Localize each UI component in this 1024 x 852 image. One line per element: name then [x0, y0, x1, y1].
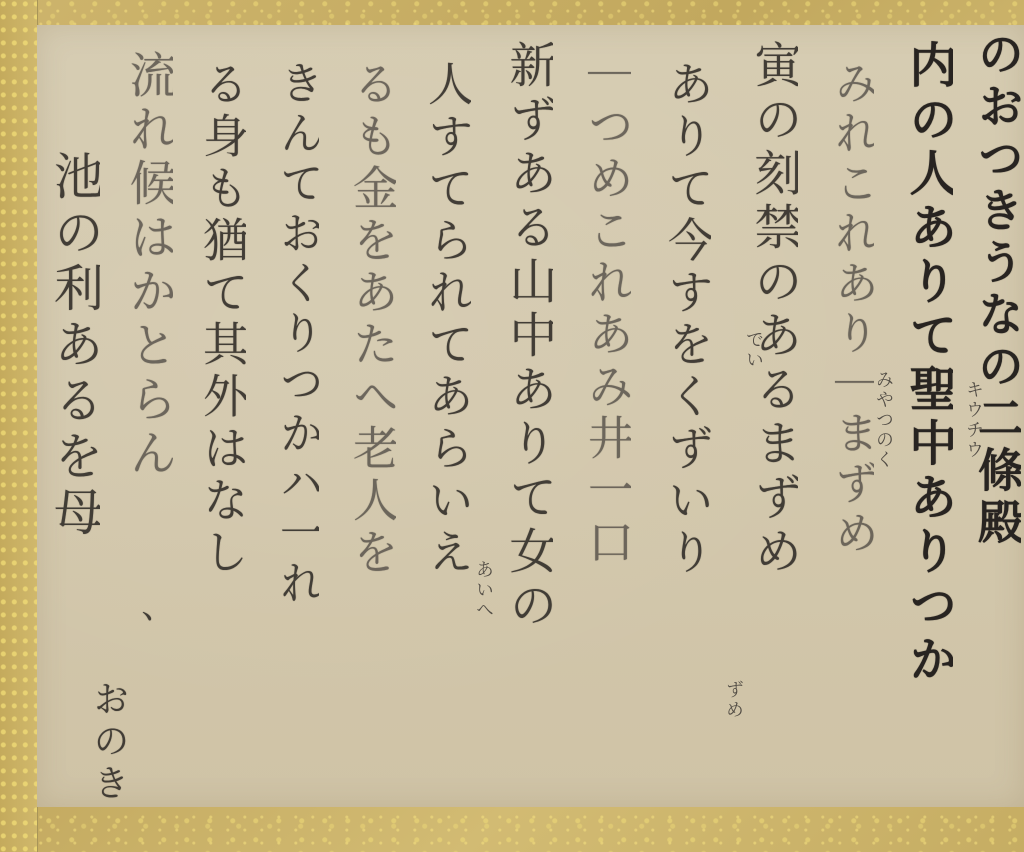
text-column-13: 池の利あるを母 — [50, 150, 100, 542]
text-column-4: 寅の刻禁のあるまずめ — [750, 40, 798, 580]
scroll-left-edge — [0, 0, 38, 852]
text-column-2: 内の人ありて聖中ありつか — [905, 40, 953, 688]
text-column-12: 流れ候はかとらん — [125, 50, 173, 482]
text-column-7: 新ずある山中ありて女の — [505, 40, 553, 634]
signature-mark: 、 — [115, 610, 151, 652]
furigana-annotation: でい — [740, 330, 766, 370]
furigana-annotation: みやつのく — [870, 370, 896, 470]
text-column-1: のおつきうなの二條殿 — [975, 30, 1021, 550]
text-column-9: るも金をあたへ老人を — [350, 60, 396, 580]
text-column-10: きんておくりつかハ一れ — [275, 60, 319, 610]
furigana-annotation: あいへ — [470, 560, 496, 620]
text-column-6: ｜つめこれあみ井一口 — [585, 50, 631, 570]
text-column-11: る身も猶て其外はなし — [200, 60, 246, 580]
furigana-annotation: ずめ — [720, 680, 746, 720]
signature-mark: おのき — [90, 680, 126, 806]
text-column-5: ありて今すをくずいり — [665, 60, 711, 580]
text-column-8: 人すてられてあらいえ — [425, 60, 471, 580]
furigana-annotation: キウチウ — [960, 380, 986, 460]
text-column-3: みれこれあり｜まずめ — [830, 60, 874, 560]
